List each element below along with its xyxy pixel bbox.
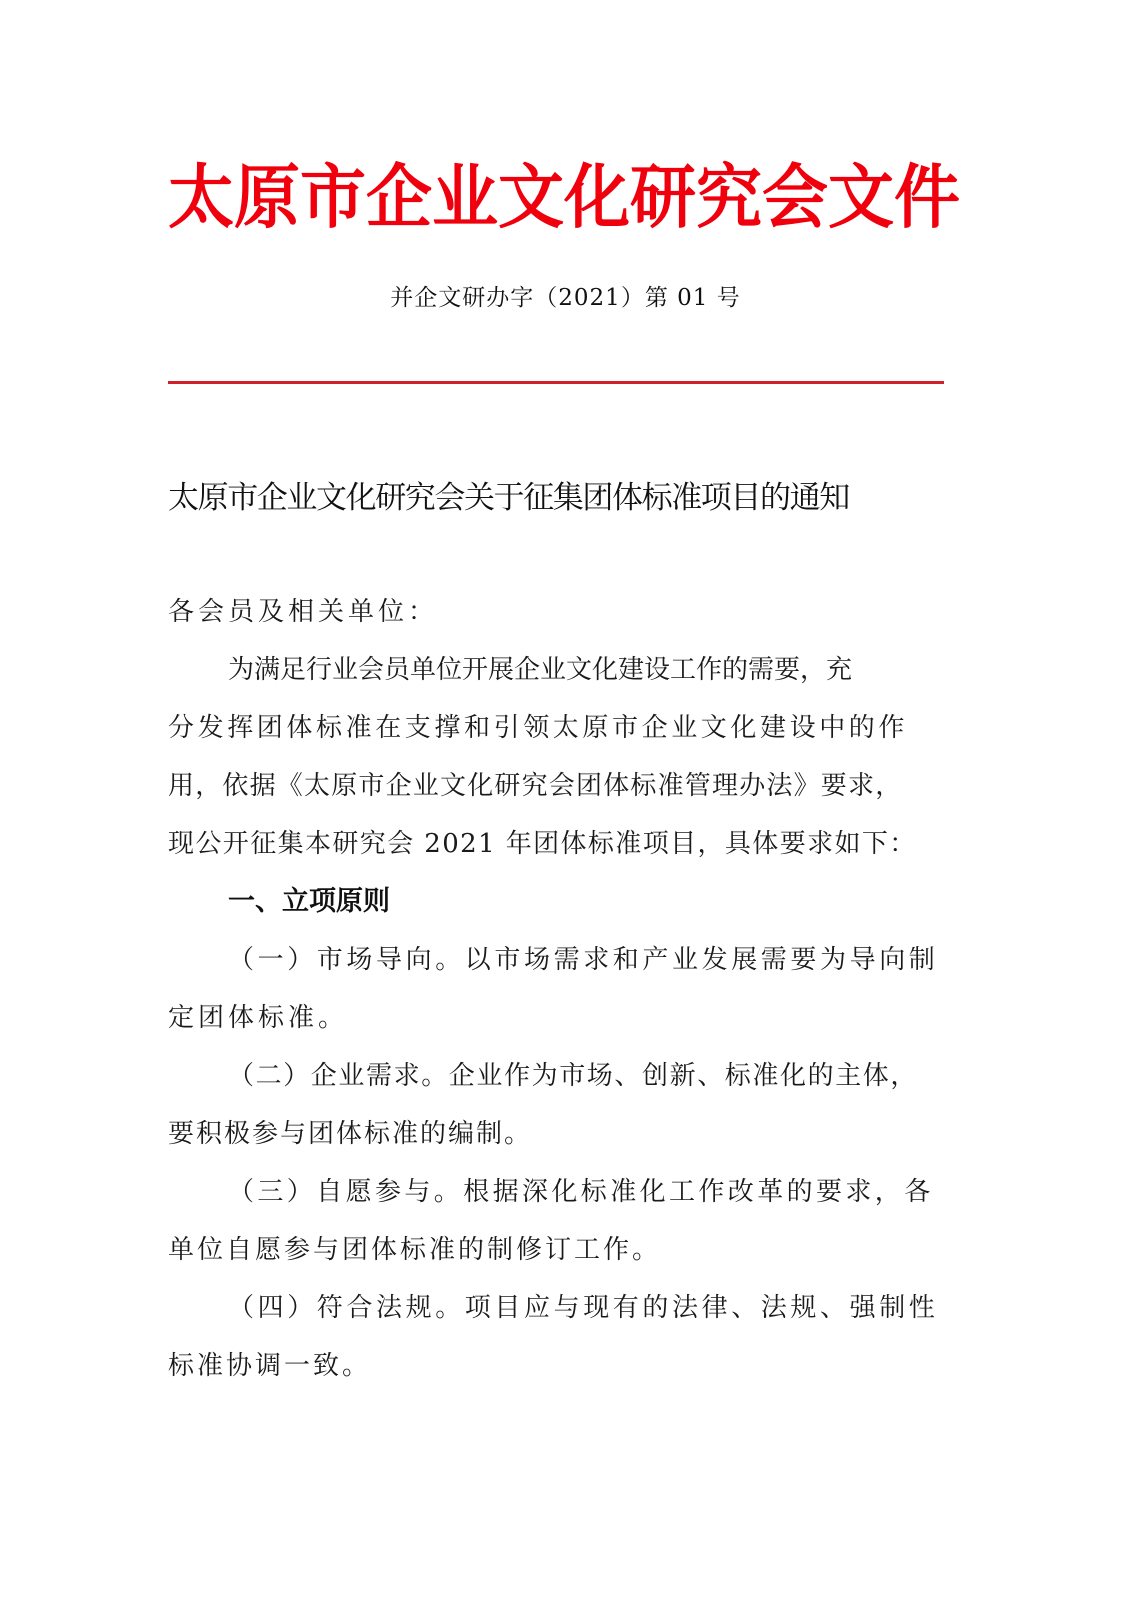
masthead-char: 文 [828, 156, 894, 240]
principle-1-line-1: （一）市场导向。以市场需求和产业发展需要为导向制 [228, 940, 1004, 980]
principle-4-line-1: （四）符合法规。项目应与现有的法律、法规、强制性 [228, 1288, 1004, 1328]
masthead-char: 业 [432, 156, 498, 240]
masthead-char: 企 [366, 156, 432, 240]
masthead-char: 化 [564, 156, 630, 240]
masthead-char: 原 [234, 156, 300, 240]
notice-title: 太原市企业文化研究会关于征集团体标准项目的通知 [168, 474, 958, 522]
intro-line-4: 现公开征集本研究会 2021 年团体标准项目，具体要求如下： [168, 824, 944, 864]
intro-line-3: 用，依据《太原市企业文化研究会团体标准管理办法》要求， [168, 766, 944, 806]
masthead-char: 文 [498, 156, 564, 240]
masthead-char: 会 [762, 156, 828, 240]
document-page: 太 原 市 企 业 文 化 研 究 会 文 件 并企文研办字（2021）第 01… [0, 0, 1131, 1600]
principle-1-line-2: 定团体标准。 [168, 998, 944, 1038]
document-number: 并企文研办字（2021）第 01 号 [0, 280, 1131, 316]
masthead-char: 究 [696, 156, 762, 240]
principle-2-line-1: （二）企业需求。企业作为市场、创新、标准化的主体， [228, 1056, 1004, 1096]
principle-3-line-1: （三）自愿参与。根据深化标准化工作改革的要求，各 [228, 1172, 1004, 1212]
section-heading-principles: 一、立项原则 [228, 882, 390, 922]
intro-line-2: 分发挥团体标准在支撑和引领太原市企业文化建设中的作 [168, 708, 944, 748]
masthead-char: 研 [630, 156, 696, 240]
principle-2-line-2: 要积极参与团体标准的编制。 [168, 1114, 944, 1154]
masthead-title: 太 原 市 企 业 文 化 研 究 会 文 件 [168, 158, 944, 238]
principle-4-line-2: 标准协调一致。 [168, 1346, 944, 1386]
masthead-char: 件 [894, 156, 960, 240]
masthead-char: 市 [300, 156, 366, 240]
masthead-char: 太 [168, 156, 234, 240]
intro-line-1: 为满足行业会员单位开展企业文化建设工作的需要，充 [228, 650, 944, 690]
salutation: 各会员及相关单位： [168, 592, 944, 632]
principle-3-line-2: 单位自愿参与团体标准的制修订工作。 [168, 1230, 944, 1270]
red-divider-rule [168, 381, 944, 384]
